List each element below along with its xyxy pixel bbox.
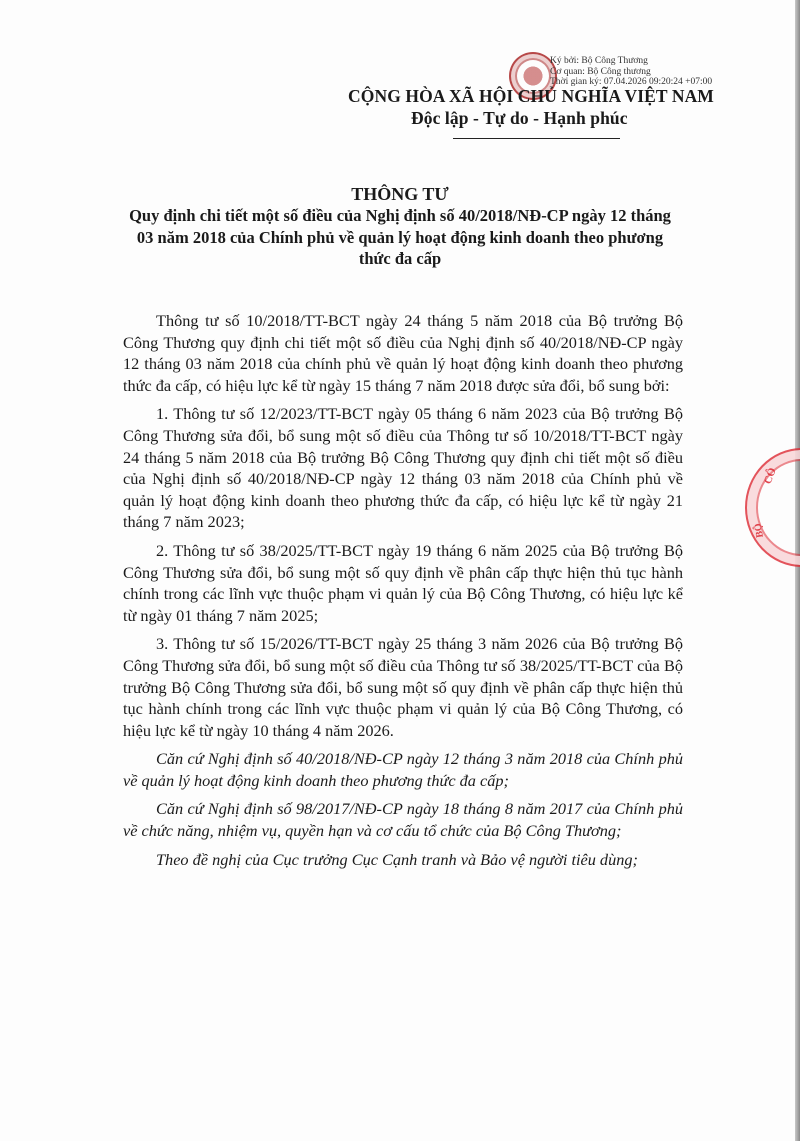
motto-underline <box>453 138 620 139</box>
digital-signature: Ký bởi: Bộ Công Thương Cơ quan: Bộ Công … <box>550 56 712 88</box>
document-type: THÔNG TƯ <box>120 183 680 205</box>
legal-basis-1: Căn cứ Nghị định số 40/2018/NĐ-CP ngày 1… <box>123 748 683 791</box>
preamble-paragraph: Thông tư số 10/2018/TT-BCT ngày 24 tháng… <box>123 310 683 396</box>
red-stamp-icon <box>745 448 800 567</box>
national-header: CỘNG HÒA XÃ HỘI CHỦ NGHĨA VIỆT NAM Độc l… <box>348 85 748 129</box>
signature-agency: Cơ quan: Bộ Công thương <box>550 67 712 78</box>
national-motto: Độc lập - Tự do - Hạnh phúc <box>411 107 748 129</box>
amendment-item-2: 2. Thông tư số 38/2025/TT-BCT ngày 19 th… <box>123 540 683 626</box>
document-title-block: THÔNG TƯ Quy định chi tiết một số điều c… <box>120 183 680 270</box>
amendment-item-1: 1. Thông tư số 12/2023/TT-BCT ngày 05 th… <box>123 403 683 533</box>
legal-basis-2: Căn cứ Nghị định số 98/2017/NĐ-CP ngày 1… <box>123 798 683 841</box>
document-subtitle: Quy định chi tiết một số điều của Nghị đ… <box>120 205 680 270</box>
proposal-basis: Theo đề nghị của Cục trưởng Cục Cạnh tra… <box>123 849 683 871</box>
stamp-text-side: BỘ <box>753 522 766 538</box>
signature-signed-by: Ký bởi: Bộ Công Thương <box>550 56 712 67</box>
national-name: CỘNG HÒA XÃ HỘI CHỦ NGHĨA VIỆT NAM <box>348 85 748 107</box>
page-edge <box>795 0 800 1141</box>
document-body: Thông tư số 10/2018/TT-BCT ngày 24 tháng… <box>123 310 683 877</box>
amendment-item-3: 3. Thông tư số 15/2026/TT-BCT ngày 25 th… <box>123 633 683 741</box>
